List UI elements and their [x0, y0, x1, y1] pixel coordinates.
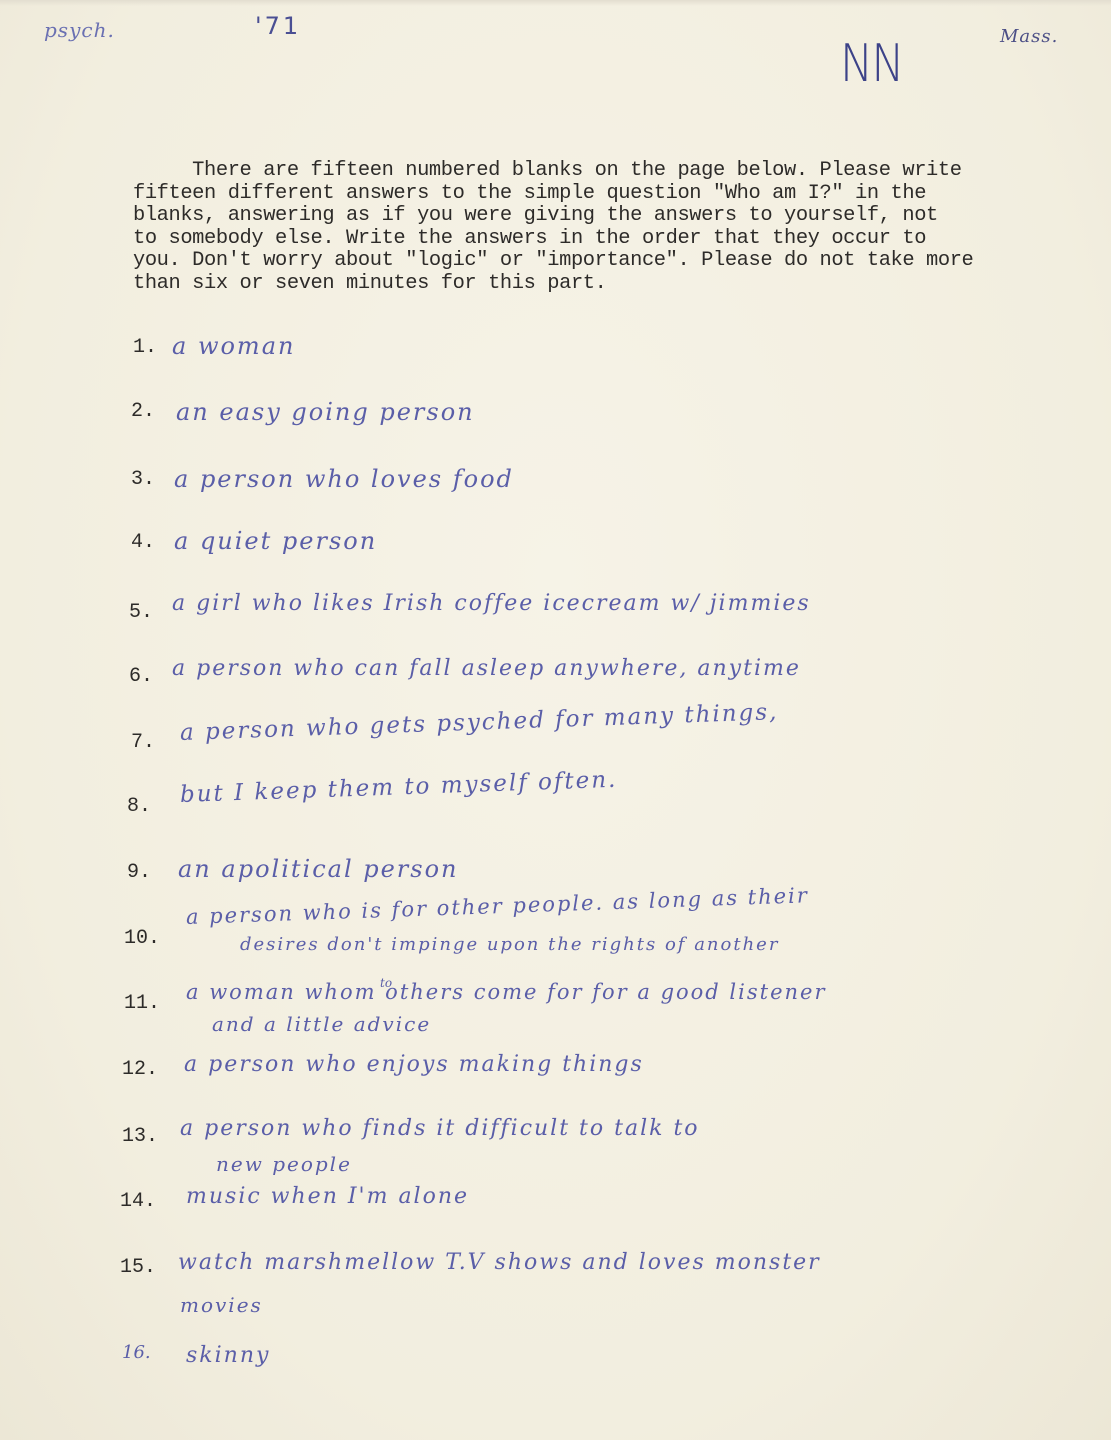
instructions-paragraph: There are fifteen numbered blanks on the… [133, 160, 1073, 295]
answer-text: but I keep them to myself often. [180, 767, 618, 808]
corner-note-location: Mass. [1000, 26, 1058, 47]
answer-text: a person who enjoys making things [184, 1052, 644, 1077]
answer-number: 6. [129, 665, 153, 688]
answer-text: a person who gets psyched for many thing… [180, 699, 779, 746]
corner-note-year: '71 [255, 12, 301, 40]
answer-number: 1. [133, 336, 157, 359]
answer-text-continued: and a little advice [212, 1012, 431, 1036]
answer-number: 12. [122, 1058, 158, 1081]
answer-number: 15. [120, 1256, 156, 1279]
answer-number: 8. [127, 795, 151, 818]
answer-text: an easy going person [176, 398, 475, 426]
answer-text: watch marshmellow T.V shows and loves mo… [178, 1250, 821, 1275]
answer-text: skinny [186, 1343, 270, 1368]
answer-text: an apolitical person [178, 855, 459, 883]
answer-number: 2. [131, 400, 155, 423]
answer-text: a person who loves food [174, 465, 514, 493]
answer-text-continued: new people [216, 1152, 352, 1176]
answer-text: a woman whom others come for for a good … [186, 980, 827, 1004]
corner-note-psych: psych. [44, 18, 115, 42]
answer-number: 14. [120, 1190, 156, 1213]
answer-number: 3. [131, 468, 155, 491]
answer-number: 7. [131, 731, 155, 754]
answer-number: 9. [127, 861, 151, 884]
answer-text: a quiet person [174, 527, 377, 555]
respondent-code: NN [840, 34, 903, 94]
answer-text: a person who finds it difficult to talk … [180, 1116, 700, 1141]
answer-text: a person who is for other people. as lon… [186, 883, 810, 929]
answer-text: a woman [172, 332, 295, 360]
answer-number: 10. [124, 927, 160, 950]
instructions-line: than six or seven minutes for this part. [133, 273, 1073, 296]
answer-number: 16. [122, 1342, 151, 1363]
answer-text: a person who can fall asleep anywhere, a… [172, 656, 801, 681]
instructions-line: to somebody else. Write the answers in t… [133, 228, 1073, 251]
answer-text-continued: desires don't impinge upon the rights of… [240, 934, 779, 955]
answer-text: music when I'm alone [186, 1184, 469, 1209]
instructions-line: blanks, answering as if you were giving … [133, 205, 1073, 228]
answer-number: 13. [122, 1125, 158, 1148]
answer-text-continued: movies [180, 1293, 263, 1317]
answer-number: 11. [124, 992, 160, 1015]
answer-number: 5. [129, 601, 153, 624]
instructions-line: you. Don't worry about "logic" or "impor… [133, 250, 1073, 273]
document-page: psych. '71 NN Mass. There are fifteen nu… [0, 0, 1111, 1440]
answer-text: a girl who likes Irish coffee icecream w… [172, 591, 811, 616]
instructions-line: fifteen different answers to the simple … [133, 183, 1073, 206]
instructions-line: There are fifteen numbered blanks on the… [133, 160, 1073, 183]
answer-number: 4. [131, 531, 155, 554]
